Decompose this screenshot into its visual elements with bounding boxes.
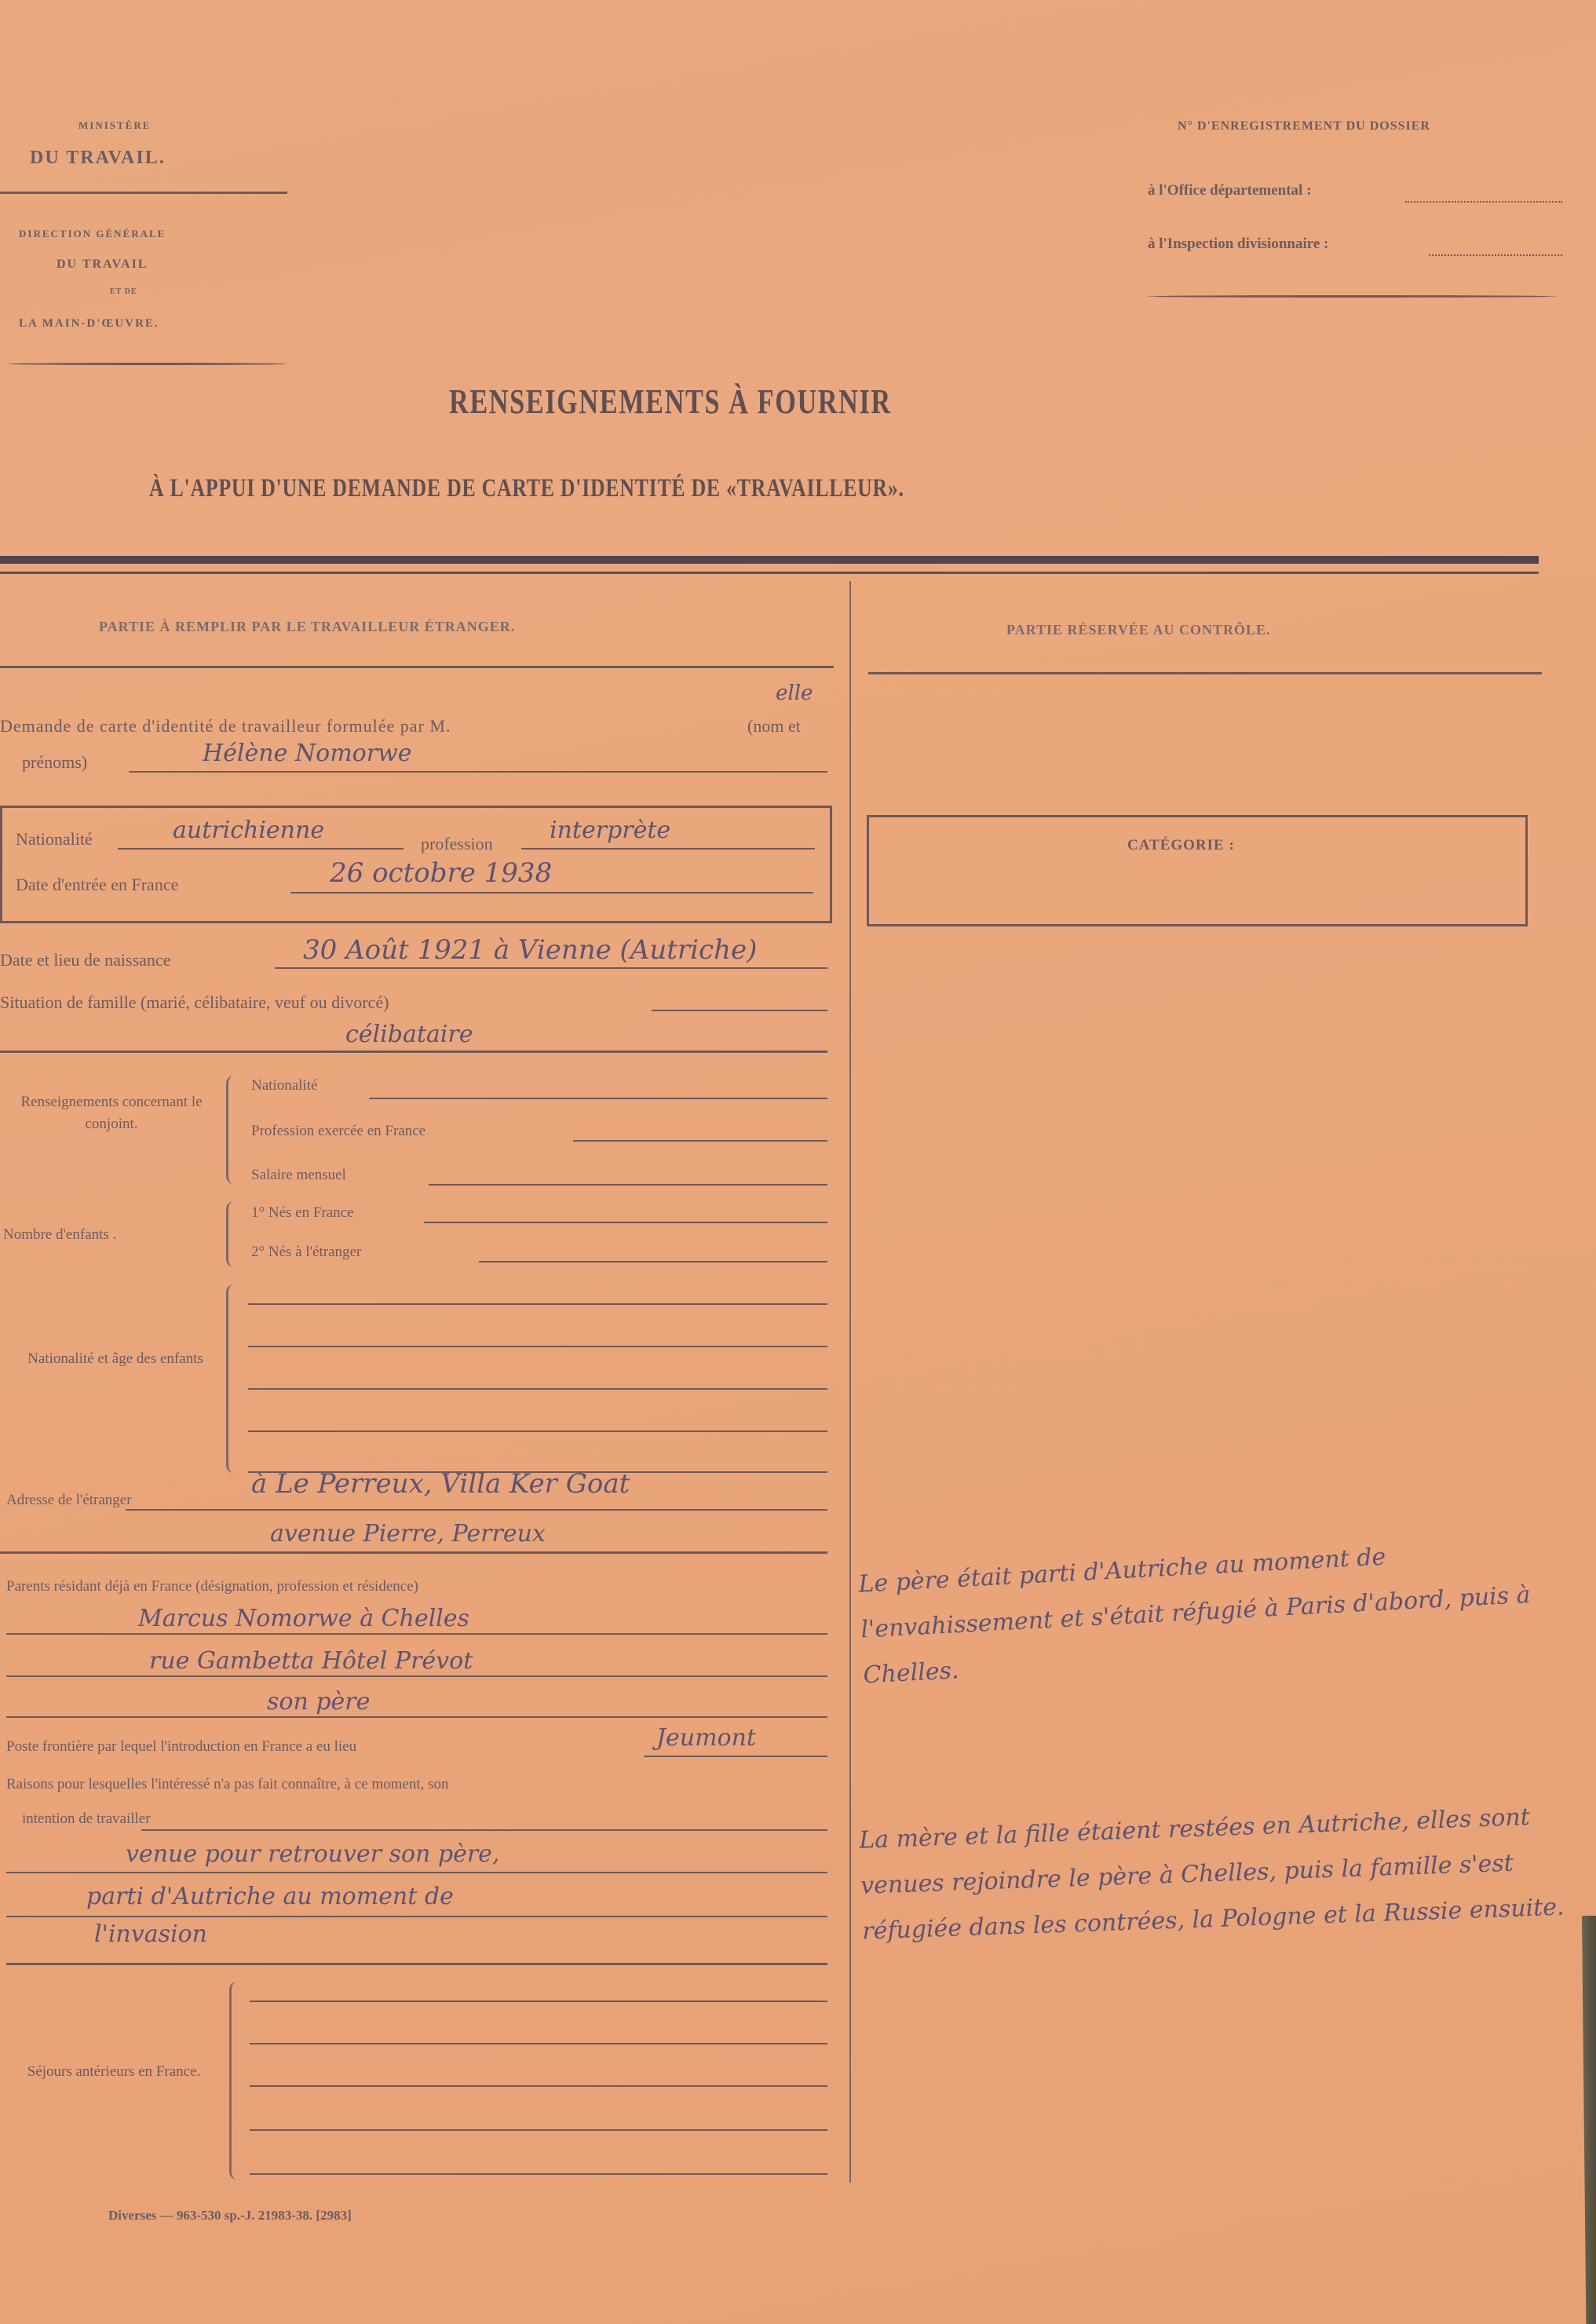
enfants-etranger-field[interactable] [479,1261,827,1262]
double-rule-thick [0,556,1539,564]
office-label: à l'Office départemental : [1148,182,1311,199]
raisons-label-1: Raisons pour lesquelles l'intéressé n'a … [6,1776,449,1793]
column-divider [849,581,851,2183]
sejours-line-3[interactable] [250,2085,827,2087]
enfants-age-brace [226,1284,236,1473]
enfants-age-line-3[interactable] [248,1388,827,1390]
situation-line [652,1010,827,1011]
nationalite-line [118,848,404,850]
document-page: Ministère du Travail. Direction générale… [0,0,1596,2324]
left-heading-rule [0,666,834,668]
parents-label: Parents résidant déjà en France (désigna… [6,1578,418,1595]
date-entree-line [290,892,813,893]
conjoint-salaire-label: Salaire mensuel [251,1167,346,1184]
adresse-line-1 [126,1509,827,1511]
conjoint-nationalite-label: Nationalité [251,1077,317,1094]
raisons-field-3[interactable]: l'invasion [94,1920,207,1948]
categorie-box[interactable] [867,815,1528,926]
situation-rule [0,1051,827,1053]
parents-line-3 [6,1716,827,1718]
parents-field-3[interactable]: son père [267,1688,370,1716]
sejours-brace [229,1982,239,2180]
conjoint-profession-field[interactable] [573,1140,827,1142]
enfants-nat-age-label: Nationalité et âge des enfants [9,1347,221,1371]
raisons-rule [6,1963,827,1965]
ministry-name: du Travail. [30,148,166,169]
sejours-line-4[interactable] [250,2129,827,2131]
demande-field-line [129,771,827,773]
enfants-age-line-1[interactable] [248,1303,827,1305]
adresse-rule [0,1551,827,1554]
document-title: Renseignements à fournir [449,382,892,422]
prenoms-label: prénoms) [22,752,87,773]
inspection-label: à l'Inspection divisionnaire : [1148,236,1328,253]
parents-field-2[interactable]: rue Gambetta Hôtel Prévot [149,1647,473,1675]
raisons-line-2 [6,1916,827,1917]
situation-field[interactable]: célibataire [345,1021,473,1048]
enfants-age-line-2[interactable] [248,1346,827,1347]
poste-field[interactable]: Jeumont [656,1724,756,1752]
sejours-line-2[interactable] [250,2043,827,2044]
conjoint-salaire-field[interactable] [429,1184,827,1186]
naissance-label: Date et lieu de naissance [0,950,170,970]
poste-label: Poste frontière par lequel l'introductio… [6,1738,356,1756]
poste-line [644,1756,827,1757]
conjoint-brace [226,1076,236,1184]
situation-label: Situation de famille (marié, célibataire… [0,992,389,1013]
nationalite-field[interactable]: autrichienne [173,817,324,844]
left-section-heading: Partie à remplir par le travailleur étra… [99,619,515,635]
nationalite-label: Nationalité [16,829,93,850]
enfants-group-label: Nombre d'enfants . [3,1226,116,1244]
profession-label: profession [421,834,493,854]
ministry-label: Ministère [79,119,151,132]
table-edge-shadow [1582,1916,1596,2324]
header-flourish [8,363,287,365]
date-entree-label: Date d'entrée en France [16,875,178,895]
categorie-label: Catégorie : [1127,837,1235,854]
direction-line-4: la Main-d'œuvre. [19,317,159,331]
profession-field[interactable]: interprète [550,817,670,844]
right-heading-rule [868,672,1542,674]
printer-imprint: Diverses — 963-530 sp.-J. 21983-38. [298… [108,2208,352,2224]
sejours-line-1[interactable] [250,2001,827,2002]
document-subtitle: à l'appui d'une demande de carte d'ident… [149,474,904,503]
profession-line [521,848,815,850]
naissance-field[interactable]: 30 Août 1921 à Vienne (Autriche) [303,934,757,966]
header-right-flourish [1148,295,1556,298]
direction-line-3: et de [110,287,137,296]
raisons-field-2[interactable]: parti d'Autriche au moment de [86,1883,454,1910]
conjoint-nationalite-field[interactable] [369,1098,827,1099]
control-note-1: Le père était parti d'Autriche au moment… [857,1526,1570,1699]
enfants-france-field[interactable] [424,1222,827,1223]
raisons-field-1[interactable]: venue pour retrouver son père, [126,1840,499,1868]
right-section-heading: Partie réservée au contrôle. [1006,622,1270,638]
inspection-field[interactable] [1429,254,1562,256]
double-rule-thin [0,572,1539,574]
raisons-label-2: intention de travailler [22,1811,151,1828]
enfants-france-label: 1° Nés en France [251,1204,354,1222]
header-rule [0,192,287,194]
enfants-etranger-label: 2° Nés à l'étranger [251,1244,361,1261]
control-note-2: La mère et la fille étaient restées en A… [858,1793,1569,1954]
adresse-label: Adresse de l'étranger [6,1492,132,1509]
raisons-line-1 [6,1872,827,1873]
direction-line-1: Direction générale [19,228,166,240]
enfants-age-line-4[interactable] [248,1431,827,1432]
sejours-line-5[interactable] [250,2173,827,2175]
parents-field-1[interactable]: Marcus Nomorwe à Chelles [138,1605,469,1632]
date-entree-field[interactable]: 26 octobre 1938 [330,857,552,889]
sejours-label: Séjours antérieurs en France. [8,2057,220,2087]
parents-line-2 [6,1675,827,1677]
conjoint-profession-label: Profession exercée en France [251,1123,425,1140]
demande-label-suffix: (nom et [747,716,801,736]
conjoint-group-label: Renseignements concernant le conjoint. [11,1091,212,1135]
enfants-brace [226,1201,236,1267]
registration-title: N° d'enregistrement du dossier [1178,119,1430,133]
adresse-field-1[interactable]: à Le Perreux, Villa Ker Goat [251,1468,630,1500]
parents-line-1 [6,1633,827,1635]
naissance-line [275,967,827,969]
demande-field[interactable]: Hélène Nomorwe [203,740,411,767]
direction-line-2: du Travail [57,258,148,272]
adresse-field-2[interactable]: avenue Pierre, Perreux [270,1520,546,1548]
raisons-line-0 [141,1829,827,1831]
gender-correction: elle [776,681,813,705]
office-field[interactable] [1405,201,1562,203]
demande-label: Demande de carte d'identité de travaille… [0,716,451,736]
